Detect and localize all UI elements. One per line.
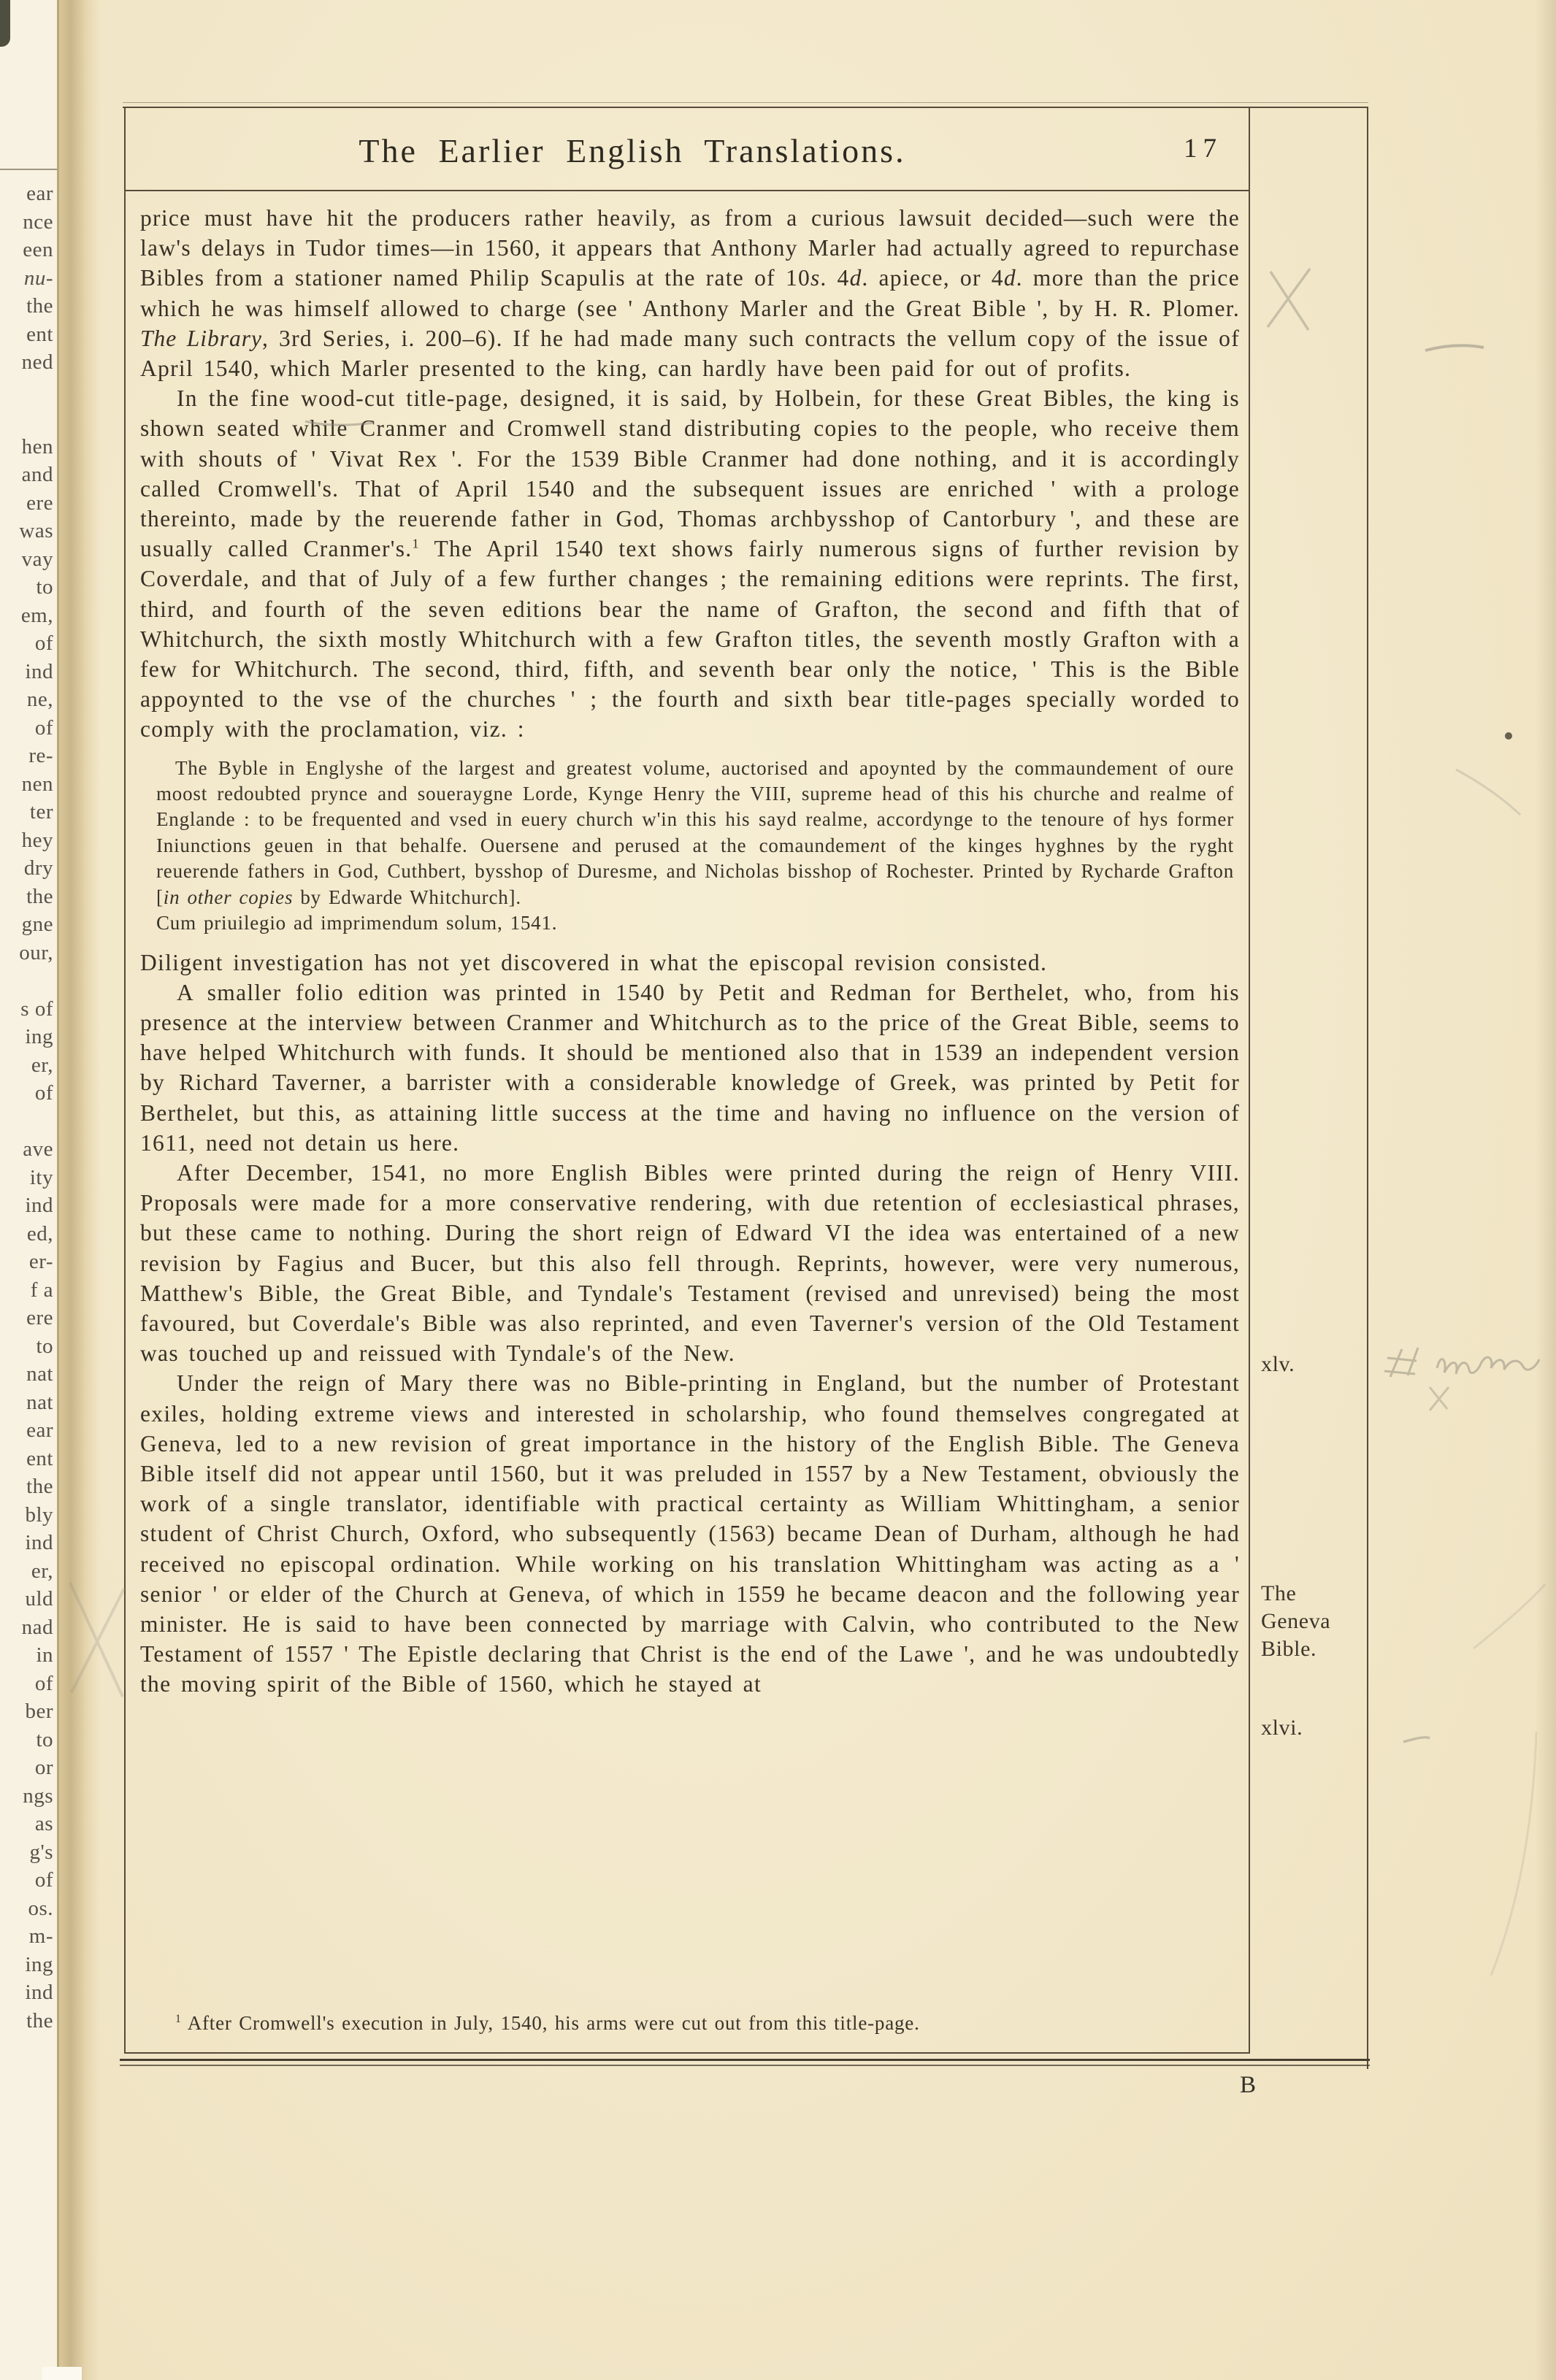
pencil-scribble-hash (1384, 1348, 1418, 1377)
paragraph-after-december: After December, 1541, no more English Bi… (140, 1158, 1240, 1368)
main-text-box: The Earlier English Translations. 17 pri… (124, 108, 1250, 2054)
edge-fragment: ear (2, 1416, 53, 1445)
edge-fragment: f a (2, 1276, 53, 1305)
paragraph-diligent: Diligent investigation has not yet disco… (140, 948, 1240, 978)
edge-fragment: ne, (2, 686, 53, 714)
paragraph-smaller-folio: A smaller folio edition was printed in 1… (140, 978, 1240, 1158)
edge-fragment: the (2, 883, 53, 911)
edge-fragment: ing (2, 1951, 53, 1979)
pencil-dash (1425, 345, 1484, 350)
margin-column-rule (1367, 107, 1368, 2069)
book-gutter-shadow (59, 0, 100, 2380)
paragraph-great-bibles: In the fine wood-cut title-page, designe… (140, 383, 1240, 744)
edge-fragment: the (2, 292, 53, 320)
top-rule-outer (123, 102, 1368, 103)
edge-fragment: ere (2, 489, 53, 518)
pencil-arc-2 (1491, 1732, 1536, 1976)
pencil-curl (1456, 769, 1520, 815)
edge-fragment: of (2, 1079, 53, 1108)
facing-page-corner (42, 2367, 82, 2380)
edge-fragment: of (2, 1866, 53, 1895)
pencil-dash-small (1403, 1738, 1430, 1742)
edge-fragment: os. (2, 1895, 53, 1923)
edge-fragment: in (2, 1641, 53, 1670)
edge-fragment: er, (2, 1051, 53, 1080)
edge-fragment: the (2, 1473, 53, 1501)
edge-fragment: the (2, 2007, 53, 2035)
edge-fragment: em, (2, 602, 53, 630)
edge-fragment: nat (2, 1360, 53, 1389)
edge-fragment: een (2, 236, 53, 264)
edge-fragment: to (2, 1332, 53, 1361)
edge-fragment: hen (2, 433, 53, 461)
body-text: price must have hit the producers rather… (126, 191, 1249, 1700)
edge-fragment: ave (2, 1135, 53, 1164)
edge-fragment: hey (2, 826, 53, 855)
page-number: 17 (1184, 133, 1222, 164)
margin-note-geneva-bible: The Geneva Bible. (1261, 1580, 1362, 1663)
edge-fragment (2, 1108, 53, 1136)
pencil-arc-1 (1473, 1584, 1545, 1648)
edge-fragment: ind (2, 658, 53, 686)
scan-corner-artifact (0, 0, 10, 47)
facing-page-edge: earnceeennu-theentned henanderewasvaytoe… (0, 0, 59, 2380)
block-quote-byble-title: The Byble in Englyshe of the largest and… (156, 756, 1234, 937)
edge-fragment (2, 967, 53, 995)
facing-page-text-fragments: earnceeennu-theentned henanderewasvaytoe… (2, 180, 53, 2035)
edge-fragment (2, 404, 53, 433)
edge-fragment: nat (2, 1389, 53, 1417)
running-title: The Earlier English Translations. (126, 108, 1139, 190)
edge-fragment: ngs (2, 1782, 53, 1811)
edge-fragment: nce (2, 208, 53, 237)
edge-fragment: bly (2, 1501, 53, 1529)
edge-fragment: ned (2, 348, 53, 377)
edge-fragment: ere (2, 1304, 53, 1332)
edge-fragment: re- (2, 742, 53, 770)
paragraph-continuation: price must have hit the producers rather… (140, 203, 1240, 383)
pencil-scribble-x (1430, 1387, 1449, 1410)
pencil-x-mark (1268, 269, 1310, 330)
edge-fragment: ear (2, 180, 53, 208)
edge-fragment: er- (2, 1248, 53, 1276)
ink-dot (1505, 732, 1512, 740)
edge-fragment: er, (2, 1557, 53, 1586)
edge-fragment: or (2, 1754, 53, 1782)
footnote: 1 After Cromwell's execution in July, 15… (140, 2012, 1238, 2035)
paragraph-reign-of-mary: Under the reign of Mary there was no Bib… (140, 1368, 1240, 1699)
pencil-scribble-word (1437, 1357, 1539, 1374)
edge-fragment: to (2, 1726, 53, 1754)
edge-fragment: to (2, 573, 53, 602)
edge-fragment: ed, (2, 1220, 53, 1248)
edge-fragment: nu- (2, 264, 53, 293)
edge-fragment: m- (2, 1922, 53, 1951)
page-edge-shadow (1536, 0, 1556, 2380)
edge-fragment: ing (2, 1023, 53, 1051)
edge-fragment: ind (2, 1978, 53, 2007)
edge-fragment: nen (2, 770, 53, 799)
edge-fragment: of (2, 1670, 53, 1698)
edge-fragment: was (2, 517, 53, 545)
facing-page-rule (0, 169, 57, 170)
closing-rule (120, 2059, 1370, 2061)
edge-fragment: ber (2, 1697, 53, 1726)
edge-fragment: vay (2, 545, 53, 574)
signature-mark: B (1240, 2072, 1257, 2099)
edge-fragment: uld (2, 1585, 53, 1613)
edge-fragment: s of (2, 995, 53, 1024)
edge-fragment: and (2, 461, 53, 489)
edge-fragment: ent (2, 320, 53, 349)
edge-fragment: our, (2, 939, 53, 967)
edge-fragment: ter (2, 798, 53, 826)
edge-fragment: nad (2, 1613, 53, 1642)
margin-note-xlvi: xlvi. (1261, 1714, 1362, 1742)
page-header: The Earlier English Translations. 17 (126, 108, 1249, 191)
edge-fragment: gne (2, 910, 53, 939)
closing-rule-outer (120, 2065, 1370, 2066)
margin-note-xlv: xlv. (1261, 1351, 1362, 1378)
edge-fragment: ind (2, 1191, 53, 1220)
edge-fragment: g's (2, 1838, 53, 1867)
edge-fragment: dry (2, 854, 53, 883)
edge-fragment: of (2, 629, 53, 658)
edge-fragment: ind (2, 1529, 53, 1557)
edge-fragment (2, 377, 53, 405)
scanned-book-page: earnceeennu-theentned henanderewasvaytoe… (0, 0, 1556, 2380)
edge-fragment: ent (2, 1445, 53, 1473)
edge-fragment: as (2, 1810, 53, 1838)
edge-fragment: ity (2, 1164, 53, 1192)
edge-fragment: of (2, 714, 53, 742)
